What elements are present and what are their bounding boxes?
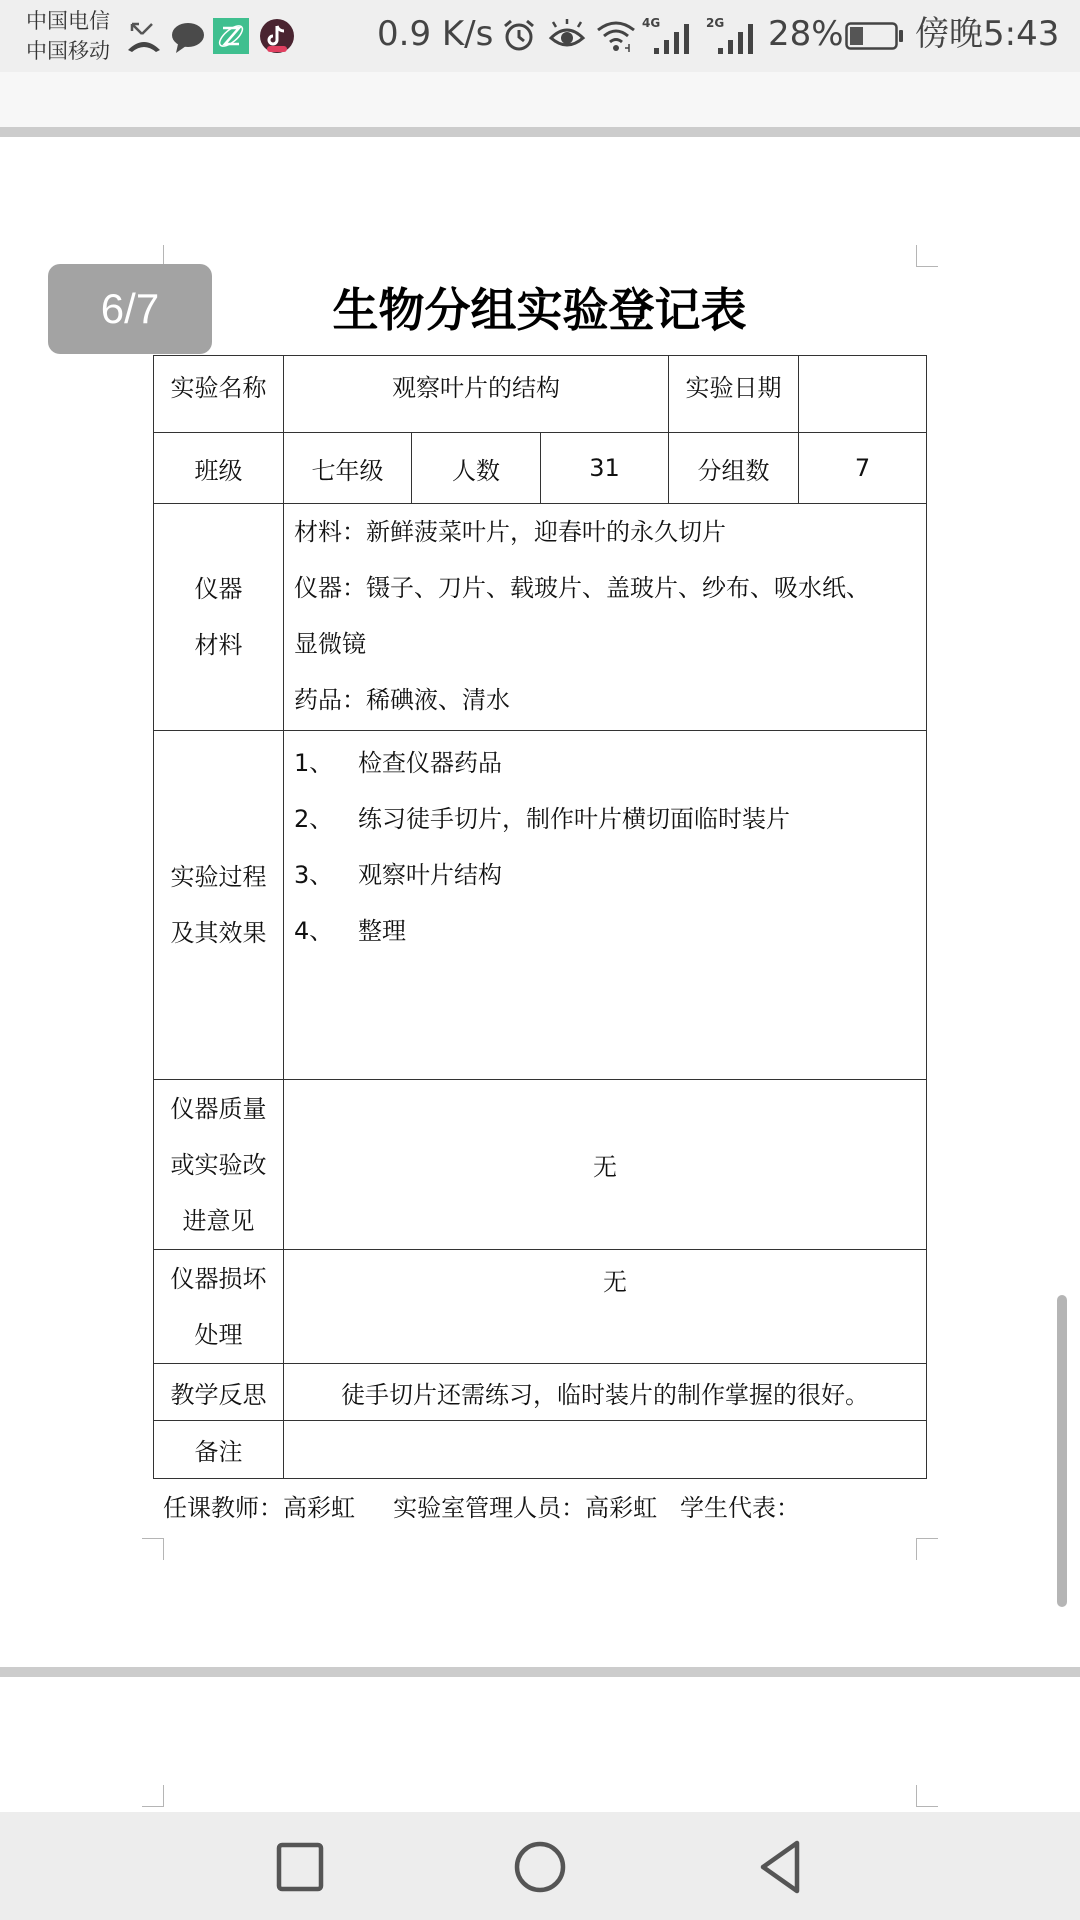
table-row: 仪器 材料 材料：新鲜菠菜叶片，迎春叶的永久切片 仪器：镊子、刀片、载玻片、盖玻… [154,504,927,731]
process-label: 实验过程 及其效果 [154,731,284,1080]
teaching-reflection-label: 教学反思 [154,1364,284,1421]
page-corner-mark [916,1785,938,1807]
signal-4g-icon: 4G [642,16,700,56]
table-row: 仪器损坏 处理 无 [154,1250,927,1364]
experiment-name-label: 实验名称 [154,356,284,433]
net-speed: 0.9 K/s [377,14,493,54]
status-bar: 中国电信 中国移动 0.9 K/s [0,0,1080,72]
experiment-name-value: 观察叶片的结构 [284,356,669,433]
class-label: 班级 [154,433,284,504]
recents-button[interactable] [268,1834,332,1898]
battery-percent: 28% [768,14,844,54]
student-count-label: 人数 [412,433,541,504]
page-corner-mark [916,245,938,267]
wifi-icon [595,18,637,52]
equipment-label: 仪器 材料 [154,504,284,731]
battery-icon [845,22,905,50]
page-separator [0,1667,1080,1677]
signal-2g-icon: 2G [706,16,764,56]
registration-form-table: 实验名称 观察叶片的结构 实验日期 班级 七年级 人数 31 分组数 7 仪器 … [153,355,927,1479]
tiktok-icon [259,18,295,54]
notes-label: 备注 [154,1421,284,1479]
class-value: 七年级 [284,433,412,504]
viewer-top-margin [0,72,1080,127]
group-count-value: 7 [799,433,927,504]
page-corner-mark [916,1538,938,1560]
page-separator [0,127,1080,137]
table-row: 仪器质量 或实验改 进意见 无 [154,1080,927,1250]
signature-line: 任课教师：高彩虹 实验室管理人员：高彩虹 学生代表： [163,1490,800,1526]
alarm-icon [502,18,536,52]
equipment-materials-list: 材料：新鲜菠菜叶片，迎春叶的永久切片 仪器：镊子、刀片、载玻片、盖玻片、纱布、吸… [284,504,927,731]
document-title: 生物分组实验登记表 [153,280,926,340]
eye-comfort-icon [548,18,586,52]
damage-handling-value: 无 [284,1250,927,1364]
experiment-date-label: 实验日期 [669,356,799,433]
missed-call-icon [126,20,162,54]
page-indicator: 6/7 [48,264,212,354]
clock: 傍晚5:43 [915,14,1059,54]
green-app-icon [213,18,249,54]
navigation-bar [0,1812,1080,1920]
notes-value [284,1421,927,1479]
group-count-label: 分组数 [669,433,799,504]
carrier-1: 中国电信 [26,8,110,34]
quality-feedback-value: 无 [284,1080,927,1250]
teaching-reflection-value: 徒手切片还需练习，临时装片的制作掌握的很好。 [284,1364,927,1421]
table-row: 班级 七年级 人数 31 分组数 7 [154,433,927,504]
vertical-scrollbar[interactable] [1057,1295,1067,1607]
page-corner-mark [142,1785,164,1807]
home-button[interactable] [508,1834,572,1898]
process-steps-list: 1、检查仪器药品 2、练习徒手切片，制作叶片横切面临时装片 3、观察叶片结构 4… [284,731,927,1080]
back-button[interactable] [748,1834,812,1898]
quality-feedback-label: 仪器质量 或实验改 进意见 [154,1080,284,1250]
message-icon [170,20,206,54]
student-count-value: 31 [541,433,669,504]
table-row: 备注 [154,1421,927,1479]
process-step: 4、整理 [294,903,926,959]
table-row: 教学反思 徒手切片还需练习，临时装片的制作掌握的很好。 [154,1364,927,1421]
process-step: 3、观察叶片结构 [294,847,926,903]
carrier-2: 中国移动 [26,38,110,64]
experiment-date-value [799,356,927,433]
process-step: 1、检查仪器药品 [294,735,926,791]
page-corner-mark [142,1538,164,1560]
process-step: 2、练习徒手切片，制作叶片横切面临时装片 [294,791,926,847]
damage-handling-label: 仪器损坏 处理 [154,1250,284,1364]
table-row: 实验过程 及其效果 1、检查仪器药品 2、练习徒手切片，制作叶片横切面临时装片 … [154,731,927,1080]
table-row: 实验名称 观察叶片的结构 实验日期 [154,356,927,433]
